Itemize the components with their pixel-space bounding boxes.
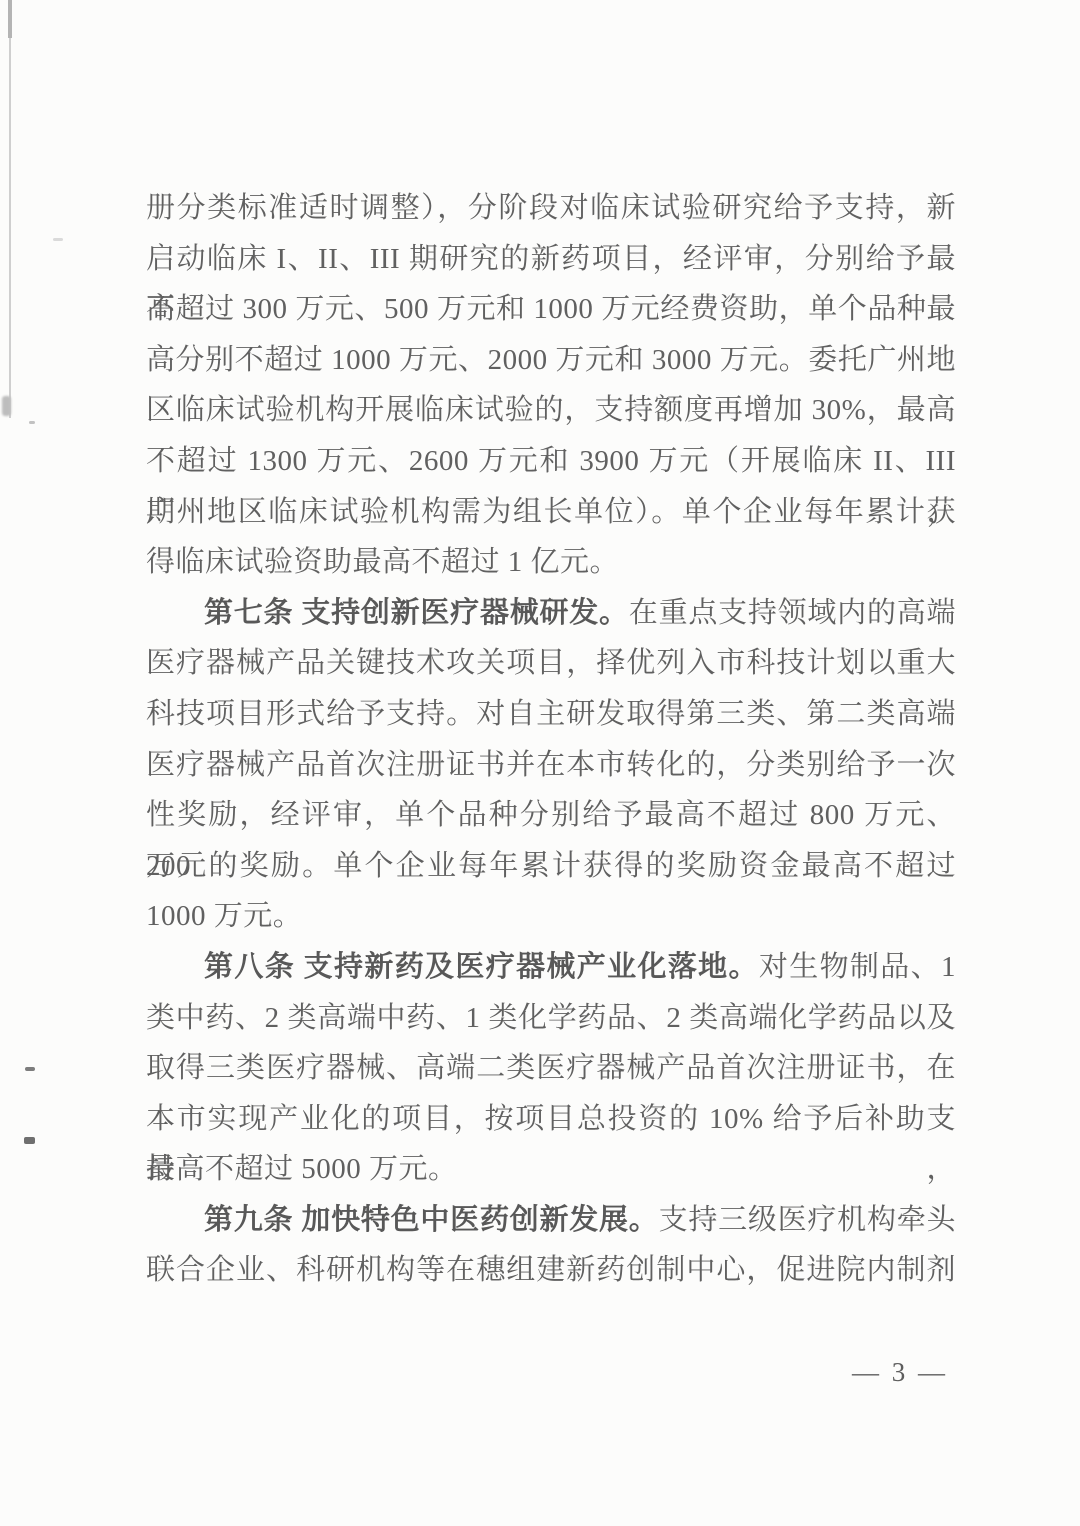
body-text: 医疗器械产品首次注册证书并在本市转化的，分类别给予一次: [146, 749, 956, 781]
article-heading: 第七条 支持创新医疗器械研发。: [204, 597, 629, 629]
body-text: 取得三类医疗器械、高端二类医疗器械产品首次注册证书，在: [146, 1052, 956, 1084]
text-line: 类中药、2 类高端中药、1 类化学药品、2 类高端化学药品以及: [146, 993, 956, 1044]
document-page: 册分类标准适时调整），分阶段对临床试验研究给予支持，新启动临床 I、II、III…: [0, 0, 1080, 1526]
text-line: 联合企业、科研机构等在穗组建新药创制中心，促进院内制剂: [146, 1245, 956, 1296]
body-text: 在重点支持领域内的高端: [629, 597, 956, 629]
document-body: 册分类标准适时调整），分阶段对临床试验研究给予支持，新启动临床 I、II、III…: [146, 183, 956, 1296]
body-text: 区临床试验机构开展临床试验的，支持额度再增加 30%，最高: [146, 394, 956, 426]
body-text: 支持三级医疗机构牵头: [659, 1204, 956, 1236]
text-line: 医疗器械产品关键技术攻关项目，择优列入市科技计划以重大: [146, 638, 956, 689]
text-line: 医疗器械产品首次注册证书并在本市转化的，分类别给予一次: [146, 740, 956, 791]
scan-edge-line-smudge: [2, 396, 11, 416]
text-line: 1000 万元。: [146, 891, 956, 942]
body-text: 对生物制品、1: [759, 951, 956, 983]
scan-speck: [24, 1137, 35, 1144]
text-line: 册分类标准适时调整），分阶段对临床试验研究给予支持，新: [146, 183, 956, 234]
body-text: 类中药、2 类高端中药、1 类化学药品、2 类高端化学药品以及: [146, 1002, 956, 1034]
text-line: 科技项目形式给予支持。对自主研发取得第三类、第二类高端: [146, 689, 956, 740]
scan-speck: [29, 421, 35, 424]
scan-speck: [53, 238, 63, 241]
body-text: 科技项目形式给予支持。对自主研发取得第三类、第二类高端: [146, 698, 956, 730]
text-line: 取得三类医疗器械、高端二类医疗器械产品首次注册证书，在: [146, 1043, 956, 1094]
scan-edge-line: [9, 0, 11, 418]
text-line: 区临床试验机构开展临床试验的，支持额度再增加 30%，最高: [146, 385, 956, 436]
body-text: 册分类标准适时调整），分阶段对临床试验研究给予支持，新: [146, 192, 956, 224]
page-number: — 3 —: [840, 1352, 960, 1392]
text-line: 万元的奖励。单个企业每年累计获得的奖励资金最高不超过: [146, 841, 956, 892]
text-line: 高分别不超过 1000 万元、2000 万元和 3000 万元。委托广州地: [146, 335, 956, 386]
text-line: 得临床试验资助最高不超过 1 亿元。: [146, 537, 956, 588]
article-heading: 第九条 加快特色中医药创新发展。: [204, 1204, 659, 1236]
scan-edge-line-dark-top: [8, 0, 12, 38]
body-text: 高分别不超过 1000 万元、2000 万元和 3000 万元。委托广州地: [146, 344, 956, 376]
text-line: 第八条 支持新药及医疗器械产业化落地。对生物制品、1: [146, 942, 956, 993]
article-heading: 第八条 支持新药及医疗器械产业化落地。: [204, 951, 759, 983]
body-text: 不超过 300 万元、500 万元和 1000 万元经费资助，单个品种最: [146, 293, 956, 325]
body-text: 联合企业、科研机构等在穗组建新药创制中心，促进院内制剂: [146, 1254, 956, 1286]
text-line: 广州地区临床试验机构需为组长单位）。单个企业每年累计获: [146, 487, 956, 538]
body-text: 最高不超过 5000 万元。: [146, 1153, 458, 1185]
body-text: 医疗器械产品关键技术攻关项目，择优列入市科技计划以重大: [146, 647, 956, 679]
text-line: 第九条 加快特色中医药创新发展。支持三级医疗机构牵头: [146, 1195, 956, 1246]
body-text: 广州地区临床试验机构需为组长单位）。单个企业每年累计获: [146, 496, 956, 528]
body-text: 万元的奖励。单个企业每年累计获得的奖励资金最高不超过: [146, 850, 956, 882]
text-line: 第七条 支持创新医疗器械研发。在重点支持领域内的高端: [146, 588, 956, 639]
text-line: 性奖励，经评审，单个品种分别给予最高不超过 800 万元、200: [146, 790, 956, 841]
body-text: 1000 万元。: [146, 900, 302, 932]
text-line: 不超过 1300 万元、2600 万元和 3900 万元（开展临床 II、III…: [146, 436, 956, 487]
scan-speck: [25, 1067, 35, 1071]
text-line: 本市实现产业化的项目，按项目总投资的 10% 给予后补助支持，: [146, 1094, 956, 1145]
text-line: 不超过 300 万元、500 万元和 1000 万元经费资助，单个品种最: [146, 284, 956, 335]
body-text: 得临床试验资助最高不超过 1 亿元。: [146, 546, 619, 578]
text-line: 启动临床 I、II、III 期研究的新药项目，经评审，分别给予最高: [146, 234, 956, 285]
